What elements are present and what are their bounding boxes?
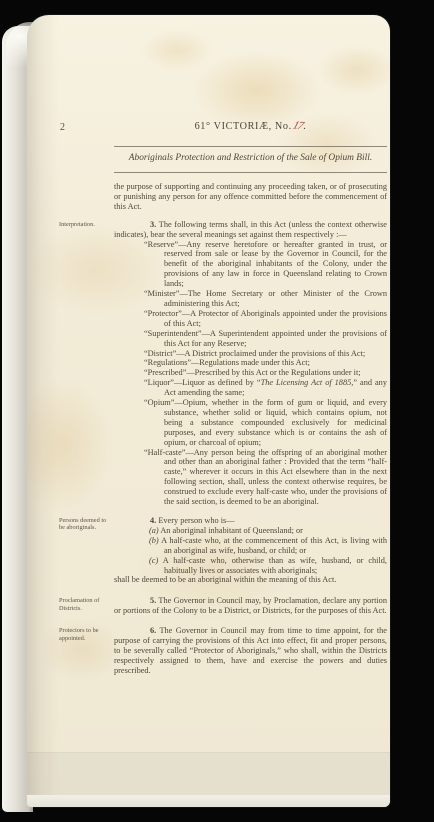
section-5: Proclamation of Districts. 5. The Govern… <box>114 596 387 616</box>
definition-district: “District”—A District proclaimed under t… <box>114 349 387 359</box>
item-marker-c: (c) <box>149 556 158 565</box>
page-header: 61° VICTORIÆ, No.17. <box>114 120 387 132</box>
definition-liquor: “Liquor”—Liquor as defined by “The Licen… <box>114 378 387 398</box>
section-6-number: 6. <box>150 626 156 635</box>
document-page: 2 61° VICTORIÆ, No.17. Aboriginals Prote… <box>27 15 390 807</box>
section-5-text: 5. The Governor in Council may, by Procl… <box>114 596 387 616</box>
bottom-page-edge <box>27 795 390 807</box>
definition-opium: “Opium”—Opium, whether in the form of gu… <box>114 398 387 448</box>
cited-act-title: The Licensing Act of 1885, <box>261 378 354 387</box>
margin-note-persons-deemed: Persons deemed to be aboriginals. <box>59 517 109 532</box>
item-marker-a: (a) <box>149 526 159 535</box>
running-title: Aboriginals Protection and Restriction o… <box>107 153 394 163</box>
section-4-intro: 4. Every person who is— <box>114 516 387 526</box>
page-number: 2 <box>60 122 65 133</box>
section-4-number: 4. <box>150 516 156 525</box>
definition-superintendent: “Superintendent”—A Superintendent appoin… <box>114 329 387 349</box>
section-4-item-b: (b) A half-caste who, at the commencemen… <box>114 536 387 556</box>
header-rule-top <box>114 146 387 147</box>
section-6: Protectors to be appointed. 6. The Gover… <box>114 626 387 676</box>
section-3-number: 3. <box>150 220 156 229</box>
definition-regulations: “Regulations”—Regulations made under thi… <box>114 358 387 368</box>
definition-half-caste: “Half-caste”—Any person being the offspr… <box>114 448 387 507</box>
section-3: Interpretation. 3. The following terms s… <box>114 220 387 507</box>
bottom-page-shadow-band <box>27 752 390 795</box>
section-4: Persons deemed to be aboriginals. 4. Eve… <box>114 516 387 585</box>
margin-note-protectors: Protectors to be appointed. <box>59 627 109 642</box>
header-rule-bottom <box>114 172 387 173</box>
body-text-column: the purpose of supporting and continuing… <box>114 182 387 676</box>
section-4-item-c: (c) A half-caste who, otherwise than as … <box>114 556 387 576</box>
definition-protector: “Protector”—A Protector of Aboriginals a… <box>114 309 387 329</box>
item-marker-b: (b) <box>149 536 159 545</box>
header-volume-label: 61° VICTORIÆ, No. <box>195 121 292 132</box>
intro-paragraph: the purpose of supporting and continuing… <box>114 182 387 212</box>
definition-minister: “Minister”—The Home Secretary or other M… <box>114 289 387 309</box>
section-3-intro: 3. The following terms shall, in this Ac… <box>114 220 387 240</box>
section-4-item-a: (a) An aboriginal inhabitant of Queensla… <box>114 526 387 536</box>
section-6-text: 6. The Governor in Council may from time… <box>114 626 387 676</box>
definition-reserve: “Reserve”—Any reserve heretofore or here… <box>114 240 387 290</box>
margin-note-proclamation: Proclamation of Districts. <box>59 597 109 612</box>
definition-prescribed: “Prescribed”—Prescribed by this Act or t… <box>114 368 387 378</box>
margin-note-interpretation: Interpretation. <box>59 221 109 228</box>
section-4-closing: shall be deemed to be an aboriginal with… <box>114 575 387 585</box>
section-5-number: 5. <box>150 596 156 605</box>
